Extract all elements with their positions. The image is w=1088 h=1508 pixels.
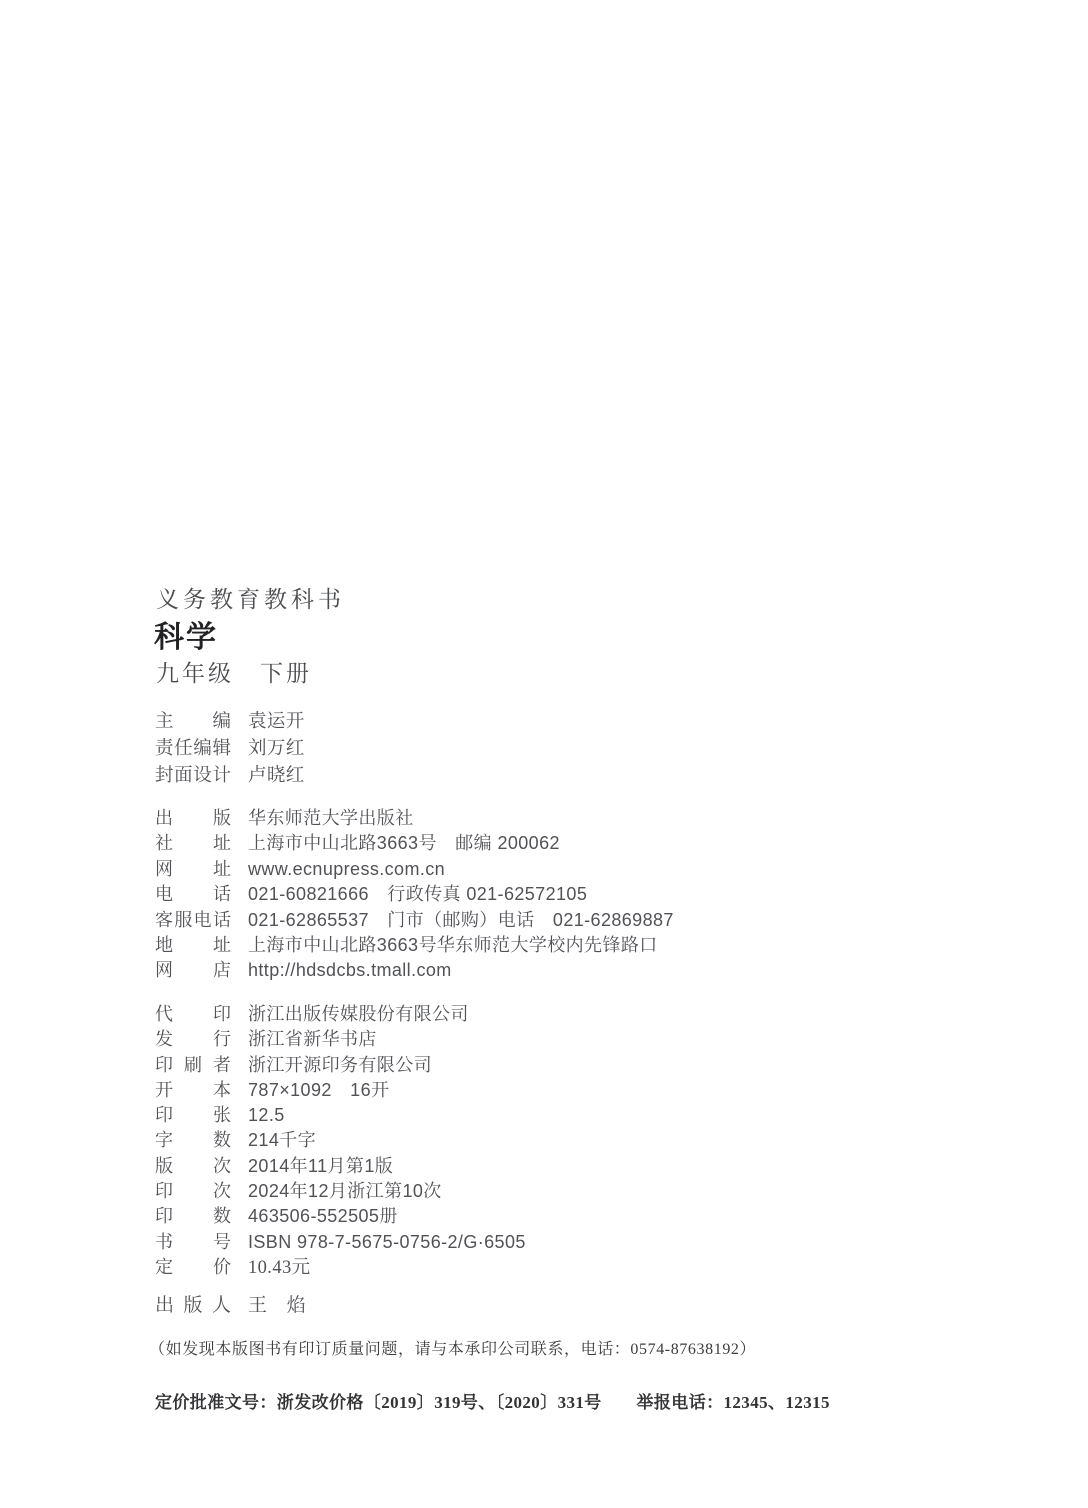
row-format: 开 本 787×1092 16开 bbox=[155, 1078, 526, 1103]
row-edition: 版 次 2014年11月第1版 bbox=[155, 1154, 526, 1179]
field-label: 出 版 bbox=[155, 806, 231, 831]
row-publisher-person: 出 版 人 王 焰 bbox=[155, 1293, 306, 1318]
field-label: 印 数 bbox=[155, 1204, 231, 1229]
field-value: 2024年12月浙江第10次 bbox=[248, 1179, 442, 1204]
staff-block: 主 编 袁运开 责任编辑 刘万红 封面设计 卢晓红 bbox=[155, 707, 305, 788]
publisher-block: 出 版 华东师范大学出版社 社 址 上海市中山北路3663号 邮编 200062… bbox=[155, 806, 674, 984]
field-value: 021-62865537 门市（邮购）电话 021-62869887 bbox=[248, 908, 674, 933]
row-sheets: 印 张 12.5 bbox=[155, 1103, 526, 1128]
field-value: 787×1092 16开 bbox=[248, 1078, 389, 1103]
field-value: 卢晓红 bbox=[248, 761, 305, 788]
field-value: 12.5 bbox=[248, 1103, 285, 1128]
row-chief-editor: 主 编 袁运开 bbox=[155, 707, 305, 734]
row-phone: 电 话 021-60821666 行政传真 021-62572105 bbox=[155, 882, 674, 907]
row-impression: 印 次 2024年12月浙江第10次 bbox=[155, 1179, 526, 1204]
row-printer: 印 刷 者 浙江开源印务有限公司 bbox=[155, 1053, 526, 1078]
field-label: 印 张 bbox=[155, 1103, 231, 1128]
field-label: 发 行 bbox=[155, 1027, 231, 1052]
field-label: 出 版 人 bbox=[155, 1293, 231, 1318]
row-cover-design: 封面设计 卢晓红 bbox=[155, 761, 305, 788]
row-printing-agent: 代 印 浙江出版传媒股份有限公司 bbox=[155, 1002, 526, 1027]
field-value: 上海市中山北路3663号 邮编 200062 bbox=[248, 831, 560, 856]
colophon-page: { "header": { "series": "义务教育教科书", "titl… bbox=[0, 0, 1088, 1508]
price-value: 10.43元 bbox=[248, 1256, 311, 1281]
field-value: 463506-552505册 bbox=[248, 1204, 398, 1229]
quality-note: （如发现本版图书有印订质量问题，请与本承印公司联系，电话：0574-876381… bbox=[149, 1339, 756, 1361]
field-value: 浙江省新华书店 bbox=[248, 1027, 377, 1052]
row-online-store: 网 店 http://hdsdcbs.tmall.com bbox=[155, 958, 674, 983]
publisher-person-block: 出 版 人 王 焰 bbox=[155, 1293, 306, 1318]
row-street-address: 地 址 上海市中山北路3663号华东师范大学校内先锋路口 bbox=[155, 933, 674, 958]
field-label: 封面设计 bbox=[155, 761, 231, 788]
field-label: 客服电话 bbox=[155, 908, 231, 933]
field-value: 2014年11月第1版 bbox=[248, 1154, 393, 1179]
field-label: 印 刷 者 bbox=[155, 1053, 231, 1078]
row-word-count: 字 数 214千字 bbox=[155, 1128, 526, 1153]
isbn-value: ISBN 978-7-5675-0756-2/G·6505 bbox=[248, 1230, 526, 1255]
series-title: 义务教育教科书 bbox=[156, 586, 345, 614]
field-label: 网 址 bbox=[155, 857, 231, 882]
row-publisher: 出 版 华东师范大学出版社 bbox=[155, 806, 674, 831]
field-value: 021-60821666 行政传真 021-62572105 bbox=[248, 882, 587, 907]
field-label: 电 话 bbox=[155, 882, 231, 907]
printing-block: 代 印 浙江出版传媒股份有限公司 发 行 浙江省新华书店 印 刷 者 浙江开源印… bbox=[155, 1002, 526, 1280]
website-url: www.ecnupress.com.cn bbox=[248, 857, 445, 882]
field-value: 浙江开源印务有限公司 bbox=[248, 1053, 432, 1078]
row-service-phone: 客服电话 021-62865537 门市（邮购）电话 021-62869887 bbox=[155, 908, 674, 933]
field-label: 字 数 bbox=[155, 1128, 231, 1153]
book-title: 科学 bbox=[154, 620, 218, 656]
field-label: 印 次 bbox=[155, 1179, 231, 1204]
publisher-person-name: 王 焰 bbox=[248, 1293, 306, 1318]
row-distributor: 发 行 浙江省新华书店 bbox=[155, 1027, 526, 1052]
field-value: 214千字 bbox=[248, 1128, 316, 1153]
field-label: 责任编辑 bbox=[155, 734, 231, 761]
field-label: 代 印 bbox=[155, 1002, 231, 1027]
row-managing-editor: 责任编辑 刘万红 bbox=[155, 734, 305, 761]
field-label: 主 编 bbox=[155, 707, 231, 734]
store-url: http://hdsdcbs.tmall.com bbox=[248, 958, 452, 983]
field-label: 版 次 bbox=[155, 1154, 231, 1179]
grade-volume: 九年级 下册 bbox=[156, 660, 312, 688]
row-office-address: 社 址 上海市中山北路3663号 邮编 200062 bbox=[155, 831, 674, 856]
row-website: 网 址 www.ecnupress.com.cn bbox=[155, 857, 674, 882]
row-price: 定 价 10.43元 bbox=[155, 1255, 526, 1280]
row-isbn: 书 号 ISBN 978-7-5675-0756-2/G·6505 bbox=[155, 1230, 526, 1255]
price-approval-note: 定价批准文号：浙发改价格〔2019〕319号、〔2020〕331号 举报电话：1… bbox=[155, 1391, 830, 1414]
field-value: 浙江出版传媒股份有限公司 bbox=[248, 1002, 469, 1027]
field-value: 华东师范大学出版社 bbox=[248, 806, 414, 831]
field-value: 刘万红 bbox=[248, 734, 305, 761]
field-value: 袁运开 bbox=[248, 707, 305, 734]
field-label: 社 址 bbox=[155, 831, 231, 856]
field-label: 网 店 bbox=[155, 958, 231, 983]
field-label: 开 本 bbox=[155, 1078, 231, 1103]
field-label: 书 号 bbox=[155, 1230, 231, 1255]
field-value: 上海市中山北路3663号华东师范大学校内先锋路口 bbox=[248, 933, 658, 958]
field-label: 地 址 bbox=[155, 933, 231, 958]
row-print-run: 印 数 463506-552505册 bbox=[155, 1204, 526, 1229]
page-sheet: 义务教育教科书 科学 九年级 下册 主 编 袁运开 责任编辑 刘万红 封面设计 … bbox=[0, 0, 1088, 1508]
field-label: 定 价 bbox=[155, 1255, 231, 1280]
